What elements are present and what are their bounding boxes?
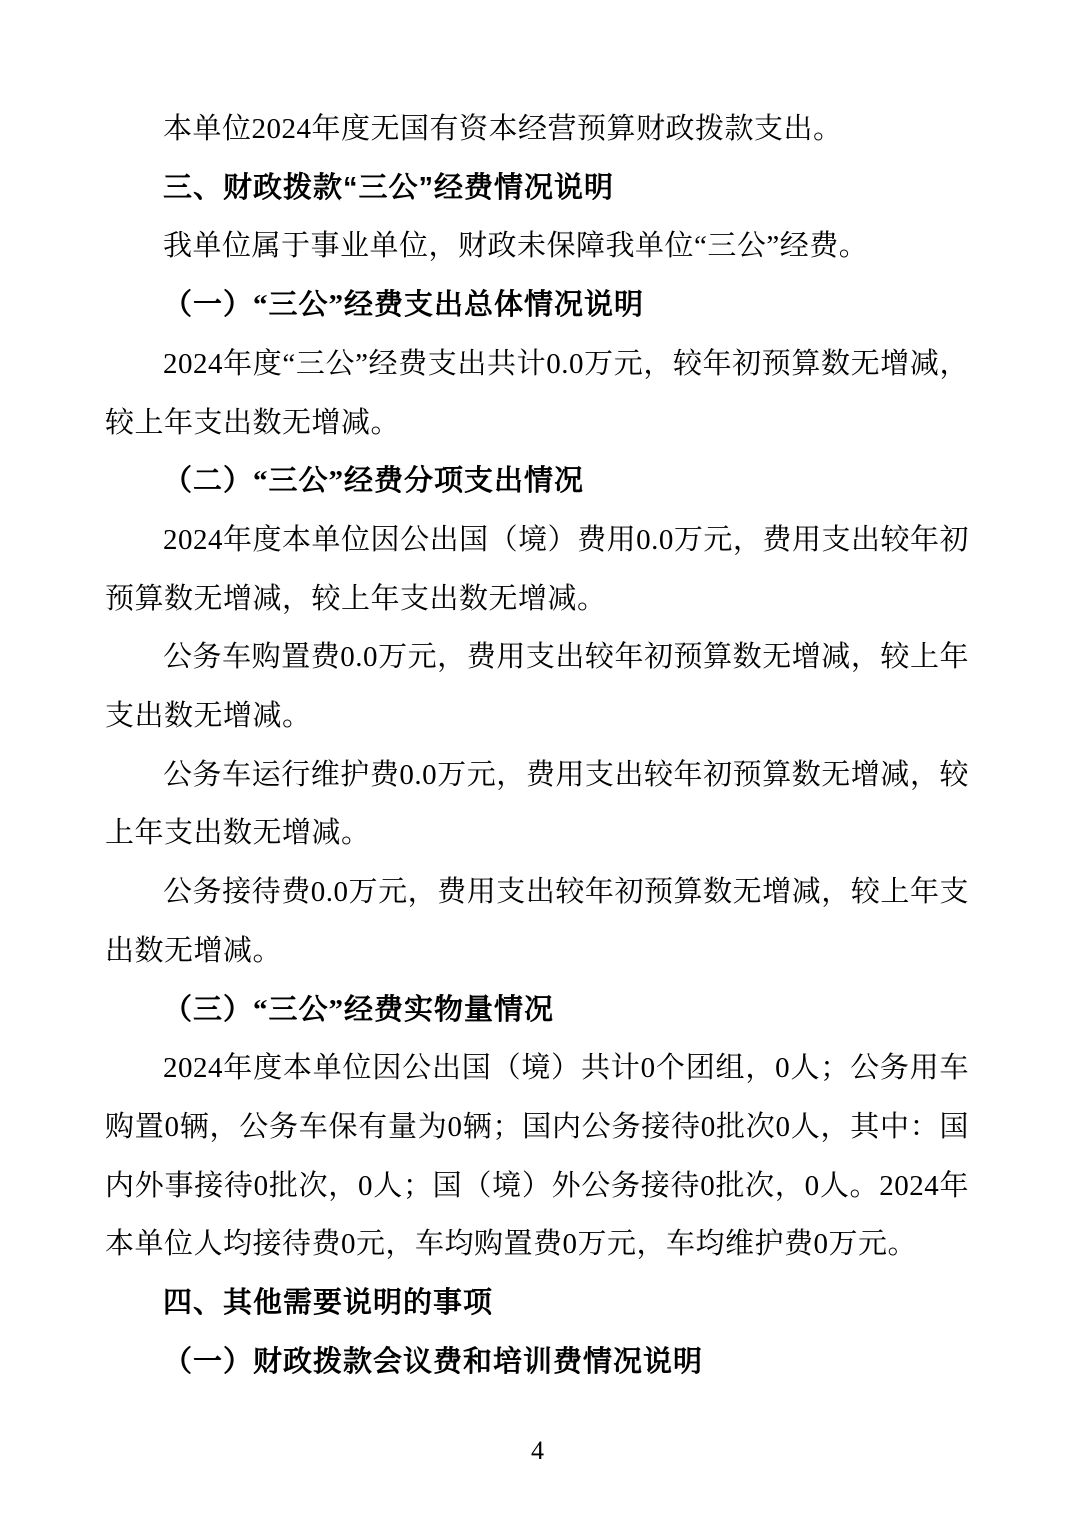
paragraph-official-reception-expense: 公务接待费0.0万元，费用支出较年初预算数无增减，较上年支出数无增减。 <box>105 863 969 980</box>
paragraph-no-state-capital-expenditure: 本单位2024年度无国有资本经营预算财政拨款支出。 <box>105 100 969 159</box>
heading-3-1-overall-expenditure: （一）“三公”经费支出总体情况说明 <box>105 276 969 335</box>
paragraph-vehicle-purchase-expense: 公务车购置费0.0万元，费用支出较年初预算数无增减，较上年支出数无增减。 <box>105 628 969 745</box>
document-body: 本单位2024年度无国有资本经营预算财政拨款支出。 三、财政拨款“三公”经费情况… <box>105 100 969 1391</box>
paragraph-vehicle-maintenance-expense: 公务车运行维护费0.0万元，费用支出较年初预算数无增减，较上年支出数无增减。 <box>105 746 969 863</box>
paragraph-unit-type-statement: 我单位属于事业单位，财政未保障我单位“三公”经费。 <box>105 217 969 276</box>
document-page: 本单位2024年度无国有资本经营预算财政拨款支出。 三、财政拨款“三公”经费情况… <box>0 0 1075 1520</box>
paragraph-total-expenditure: 2024年度“三公”经费支出共计0.0万元，较年初预算数无增减，较上年支出数无增… <box>105 335 969 452</box>
heading-3-3-physical-quantity: （三）“三公”经费实物量情况 <box>105 981 969 1040</box>
paragraph-physical-quantity-details: 2024年度本单位因公出国（境）共计0个团组，0人；公务用车购置0辆，公务车保有… <box>105 1039 969 1274</box>
heading-3-2-itemized-expenditure: （二）“三公”经费分项支出情况 <box>105 452 969 511</box>
paragraph-overseas-travel-expense: 2024年度本单位因公出国（境）费用0.0万元，费用支出较年初预算数无增减，较上… <box>105 511 969 628</box>
heading-4-1-meeting-training-fees: （一）财政拨款会议费和培训费情况说明 <box>105 1333 969 1392</box>
heading-section-3-three-public-funds: 三、财政拨款“三公”经费情况说明 <box>105 159 969 218</box>
page-number: 4 <box>0 1436 1075 1466</box>
heading-section-4-other-matters: 四、其他需要说明的事项 <box>105 1274 969 1333</box>
